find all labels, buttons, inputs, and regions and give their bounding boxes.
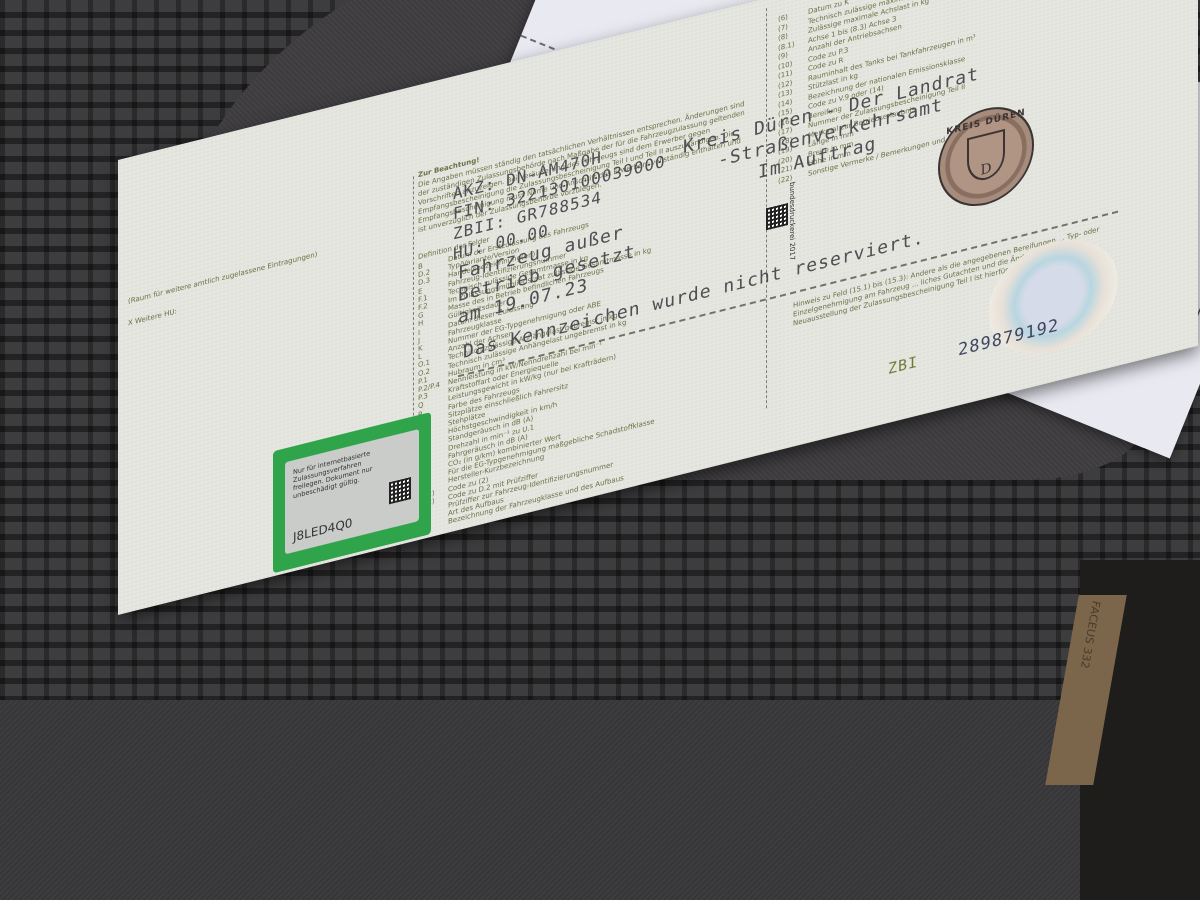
- authority-line: Der Landrat: [278, 566, 394, 608]
- field-code: H: [418, 319, 423, 328]
- datamatrix-code: [766, 203, 788, 230]
- field-code: D.3: [418, 277, 430, 288]
- sticker-datamatrix-code: [389, 477, 411, 504]
- printer-mark-vertical: bundesdruckerei 2017: [788, 181, 796, 261]
- official-seal-left: KREIS DÜREN D: [143, 605, 239, 615]
- receipt-typed-line: ZULASSUNGSBEH.: [617, 0, 741, 4]
- receipt-typed-line: HINWEIS: [609, 0, 674, 1]
- further-hu-label: X Weitere HU:: [128, 307, 177, 327]
- security-sticker-note: Nur für internetbasierte Zulassungsverfa…: [293, 447, 379, 500]
- authority-line: Straßenverkehrsamt: [278, 579, 394, 615]
- extra-entries-label: (Raum für weitere amtlich zugelassene Ei…: [128, 250, 317, 305]
- seal-letter: D: [980, 160, 991, 179]
- security-code: J8LED4Q0: [293, 516, 352, 545]
- authority-line: i.A.: [278, 592, 394, 615]
- serial-prefix: ZBI: [888, 353, 918, 379]
- official-seal-right: KREIS DÜREN D: [938, 97, 1034, 217]
- cardboard-text: FACEUS 332: [1078, 601, 1103, 668]
- coat-of-arms-icon: D: [967, 129, 1006, 185]
- security-sticker-panel: Nur für internetbasierte Zulassungsverfa…: [285, 429, 419, 554]
- security-sticker: Nur für internetbasierte Zulassungsverfa…: [273, 412, 431, 573]
- signature-icon: [318, 550, 438, 615]
